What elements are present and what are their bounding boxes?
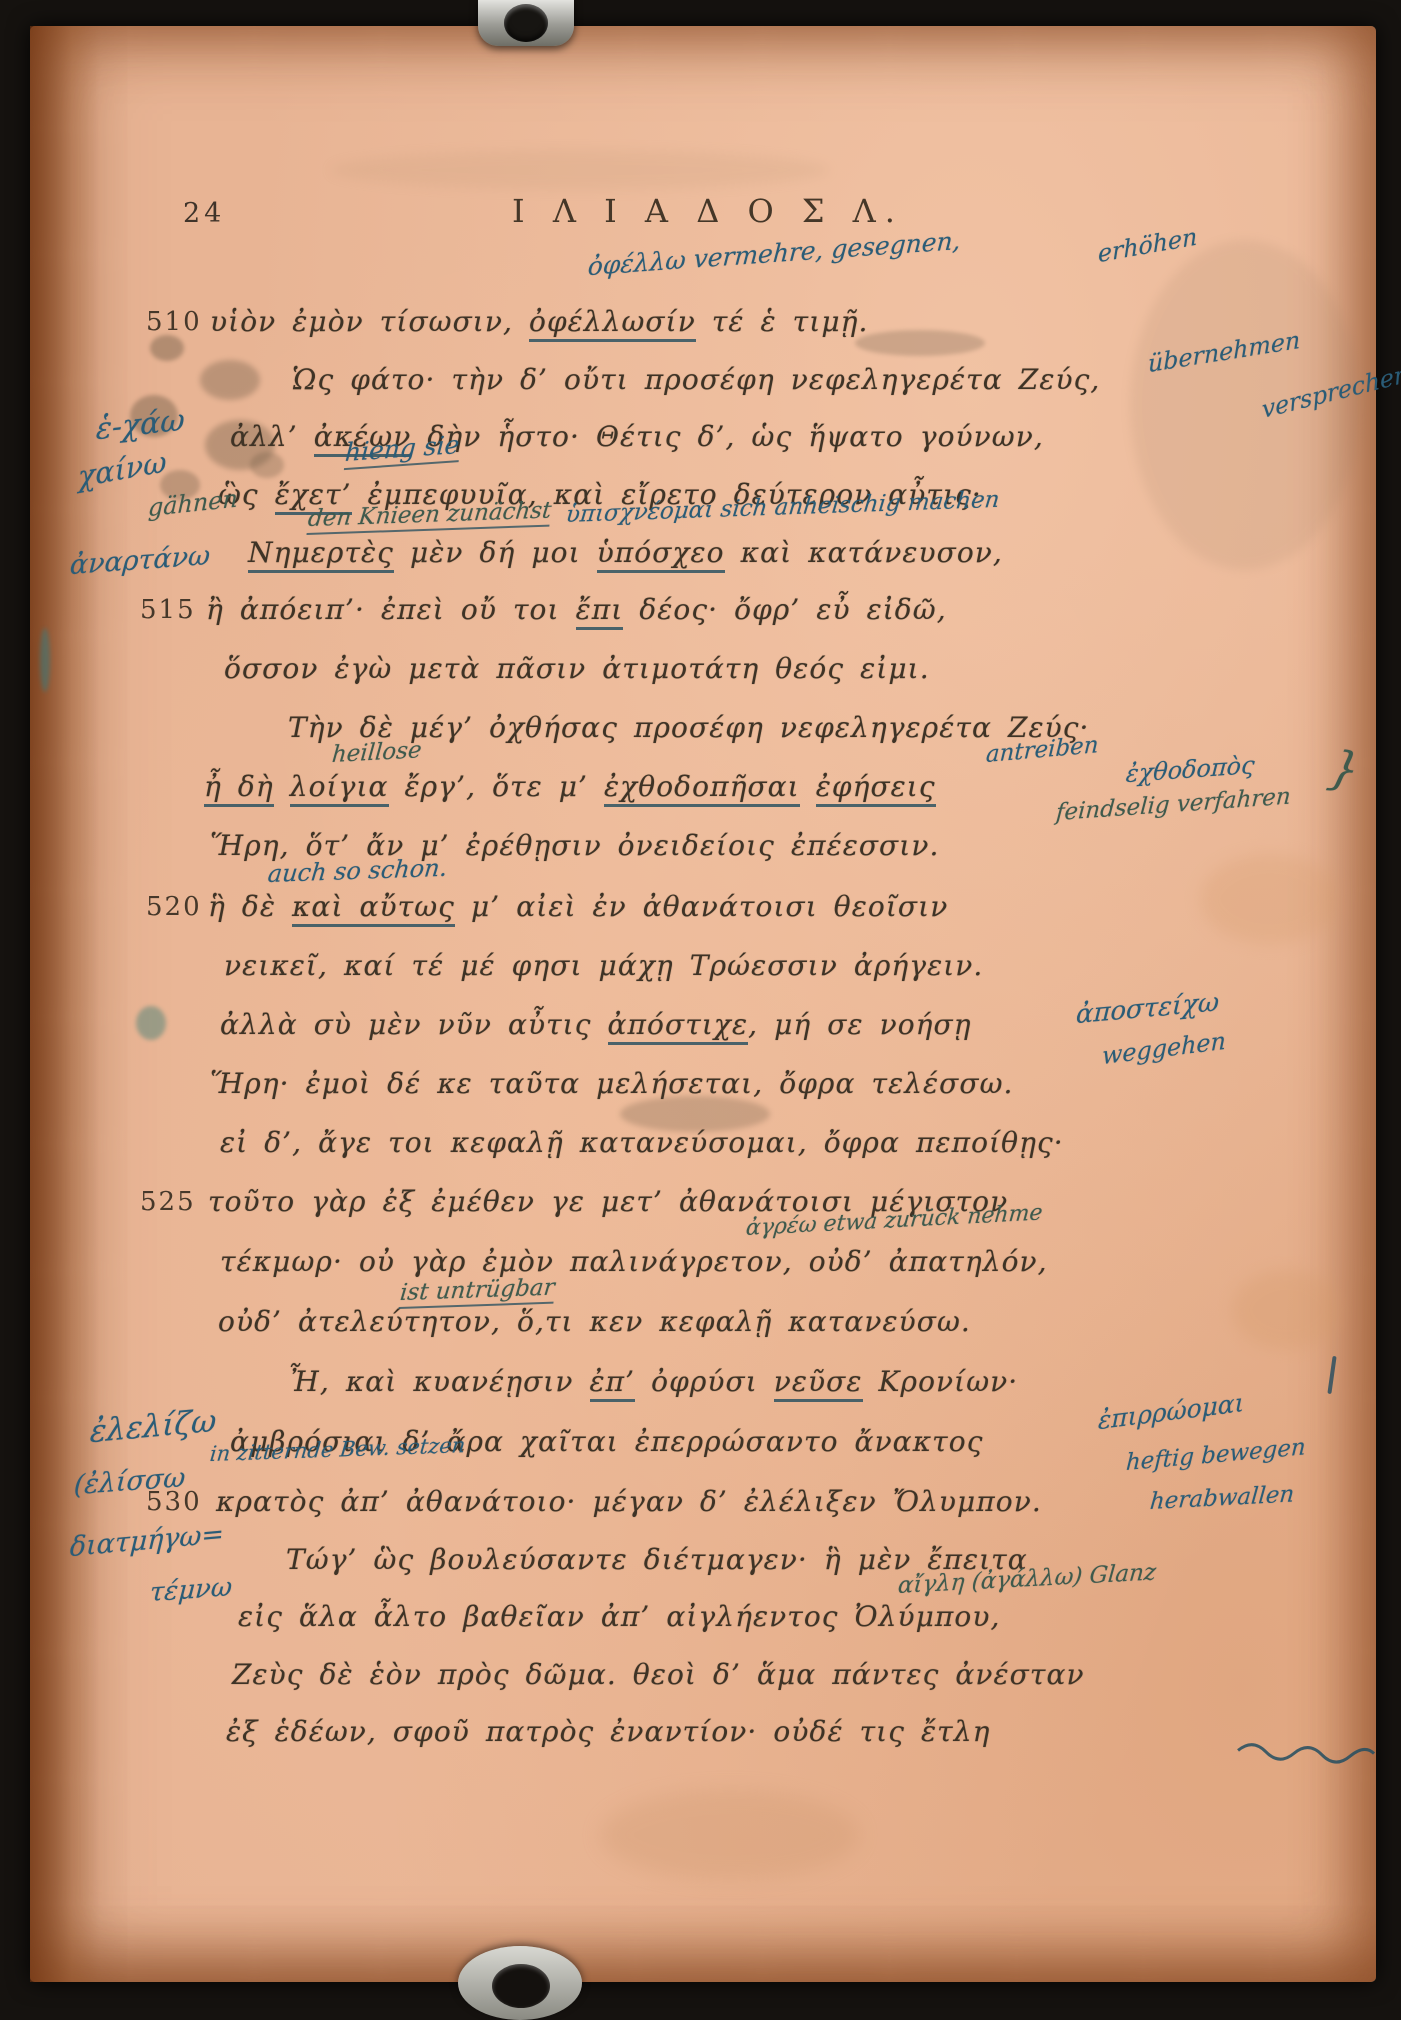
greek-word: ἣ δὲ	[208, 890, 292, 923]
verse-number: 520	[146, 892, 202, 922]
greek-word: τέκμωρ· οὐ γὰρ ἐμὸν παλινάγρετον, οὐδ’ ἀ…	[220, 1245, 1048, 1278]
greek-text: νεικεῖ, καί τέ μέ φησι μάχῃ Τρώεσσιν ἀρή…	[224, 949, 983, 982]
greek-word: Ἥρη, ὅτ’ ἄν μ’ ἐρέθῃσιν ὀνειδείοις ἐπέεσ…	[210, 829, 939, 862]
greek-text: εἰς ἅλα ἆλτο βαθεῖαν ἀπ’ αἰγλήεντος Ὀλύμ…	[238, 1600, 1000, 1633]
greek-word: τέ ἑ τιμῇ.	[696, 305, 869, 338]
greek-text: υἱὸν ἐμὸν τίσωσιν, ὀφέλλωσίν τέ ἑ τιμῇ.	[210, 305, 869, 338]
greek-verse-line: εἰ δ’, ἄγε τοι κεφαλῇ κατανεύσομαι, ὄφρα…	[0, 1126, 1401, 1166]
greek-word: ἀλλ’	[230, 420, 314, 453]
ink-underlined-word: λοίγια	[290, 770, 389, 807]
greek-text: Ὡς φάτο· τὴν δ’ οὔτι προσέφη νεφεληγερέτ…	[292, 363, 1100, 396]
greek-word: , μή σε νοήσῃ	[748, 1008, 972, 1041]
greek-word: Ἦ, καὶ κυανέῃσιν	[288, 1365, 590, 1398]
greek-word: Ὡς φάτο· τὴν δ’ οὔτι προσέφη νεφεληγερέτ…	[292, 363, 1100, 396]
ink-underlined-word: καὶ αὔτως	[292, 890, 455, 927]
ink-underlined-word: ἔπι	[576, 593, 624, 630]
scanner-clip-bottom-hole	[492, 1964, 550, 2008]
greek-word: μὲν δή μοι	[394, 536, 597, 569]
greek-verse-line: Τὴν δὲ μέγ’ ὀχθήσας προσέφη νεφεληγερέτα…	[0, 711, 1401, 751]
greek-word	[274, 770, 290, 803]
greek-word: νεικεῖ, καί τέ μέ φησι μάχῃ Τρώεσσιν ἀρή…	[224, 949, 983, 982]
greek-word: εἰ δ’, ἄγε τοι κεφαλῇ κατανεύσομαι, ὄφρα…	[220, 1126, 1064, 1159]
greek-text: Ἥρη· ἐμοὶ δέ κε ταῦτα μελήσεται, ὄφρα τε…	[210, 1067, 1014, 1100]
margin-annotation: τέμνω	[149, 1572, 233, 1608]
greek-verse-line: εἰς ἅλα ἆλτο βαθεῖαν ἀπ’ αἰγλήεντος Ὀλύμ…	[0, 1600, 1401, 1640]
greek-verse-line: ὅσσον ἐγὼ μετὰ πᾶσιν ἀτιμοτάτη θεός εἰμι…	[0, 652, 1401, 692]
greek-verse-line: οὐδ’ ἀτελεύτητον, ὅ,τι κεν κεφαλῇ κατανε…	[0, 1305, 1401, 1345]
greek-verse-line: Ἥρη, ὅτ’ ἄν μ’ ἐρέθῃσιν ὀνειδείοις ἐπέεσ…	[0, 829, 1401, 869]
greek-text: εἰ δ’, ἄγε τοι κεφαλῇ κατανεύσομαι, ὄφρα…	[220, 1126, 1064, 1159]
greek-text: ἣ δὲ καὶ αὔτως μ’ αἰεὶ ἐν ἀθανάτοισι θεο…	[208, 890, 948, 923]
greek-word: ὀφρύσι	[635, 1365, 774, 1398]
scanned-book-page: 24 Ι Λ Ι Α Δ Ο Σ Λ. 510υἱὸν ἐμὸν τίσωσιν…	[0, 0, 1401, 2020]
greek-verse-line: ἐξ ἑδέων, σφοῦ πατρὸς ἐναντίον· οὐδέ τις…	[0, 1715, 1401, 1755]
greek-word: ἐξ ἑδέων, σφοῦ πατρὸς ἐναντίον· οὐδέ τις	[226, 1715, 921, 1748]
greek-word: κρατὸς ἀπ’ ἀθανάτοιο· μέγαν δ’ ἐλέλιξεν …	[216, 1485, 1042, 1518]
greek-word: Ζεὺς δὲ ἑὸν πρὸς δῶμα. θεοὶ δ’ ἅμα πάντε…	[232, 1658, 1085, 1691]
margin-annotation: heillose	[331, 737, 423, 768]
greek-text: ἦ δὴ λοίγια ἔργ’, ὅτε μ’ ἐχθοδοπῆσαι ἐφή…	[204, 770, 936, 803]
ink-underlined-word: ἐφήσεις	[816, 770, 936, 807]
greek-verse-line: νεικεῖ, καί τέ μέ φησι μάχῃ Τρώεσσιν ἀρή…	[0, 949, 1401, 989]
greek-text: ἐξ ἑδέων, σφοῦ πατρὸς ἐναντίον· οὐδέ τις…	[226, 1715, 990, 1748]
greek-text: ὅσσον ἐγὼ μετὰ πᾶσιν ἀτιμοτάτη θεός εἰμι…	[224, 652, 930, 685]
greek-verse-line: 520ἣ δὲ καὶ αὔτως μ’ αἰεὶ ἐν ἀθανάτοισι …	[0, 890, 1401, 930]
paper-stain	[600, 1790, 860, 1880]
margin-annotation: ist untrügbar	[398, 1275, 556, 1310]
paper-stain	[330, 150, 830, 190]
greek-text: Ζεὺς δὲ ἑὸν πρὸς δῶμα. θεοὶ δ’ ἅμα πάντε…	[232, 1658, 1085, 1691]
ink-underlined-word: ὀφέλλωσίν	[529, 305, 696, 342]
greek-text: ἀλλὰ σὺ μὲν νῦν αὖτις ἀπόστιχε, μή σε νο…	[220, 1008, 972, 1041]
greek-text: Ἥρη, ὅτ’ ἄν μ’ ἐρέθῃσιν ὀνειδείοις ἐπέεσ…	[210, 829, 939, 862]
greek-word: ὅσσον ἐγὼ μετὰ πᾶσιν ἀτιμοτάτη θεός εἰμι…	[224, 652, 930, 685]
page-number: 24	[183, 198, 225, 229]
greek-word: εἰς ἅλα ἆλτο βαθεῖαν ἀπ’ αἰγλήεντος Ὀλύμ…	[238, 1600, 1000, 1633]
greek-word	[800, 770, 816, 803]
greek-text: κρατὸς ἀπ’ ἀθανάτοιο· μέγαν δ’ ἐλέλιξεν …	[216, 1485, 1042, 1518]
verse-number: 510	[146, 307, 202, 337]
greek-word: Ἥρη· ἐμοὶ δέ κε ταῦτα μελήσεται, ὄφρα τε…	[210, 1067, 1014, 1100]
greek-word: μ’ αἰεὶ ἐν ἀθανάτοισι θεοῖσιν	[455, 890, 948, 923]
greek-verse-line: 510υἱὸν ἐμὸν τίσωσιν, ὀφέλλωσίν τέ ἑ τιμ…	[0, 305, 1401, 345]
greek-verse-line: 515ἢ ἀπόειπ’· ἐπεὶ οὔ τοι ἔπι δέος· ὄφρ’…	[0, 593, 1401, 633]
greek-word: ἔτλη	[921, 1715, 990, 1748]
greek-verse-line: Ζεὺς δὲ ἑὸν πρὸς δῶμα. θεοὶ δ’ ἅμα πάντε…	[0, 1658, 1401, 1698]
greek-word: καὶ κατάνευσον,	[725, 536, 1003, 569]
greek-word: υἱὸν ἐμὸν τίσωσιν,	[210, 305, 529, 338]
ink-underlined-word: νεῦσε	[774, 1365, 863, 1402]
ink-underlined-word: ὑπόσχεο	[597, 536, 725, 573]
greek-word: ἔργ’, ὅτε μ’	[389, 770, 605, 803]
verse-number: 515	[140, 595, 196, 625]
greek-verse-line: τέκμωρ· οὐ γὰρ ἐμὸν παλινάγρετον, οὐδ’ ἀ…	[0, 1245, 1401, 1285]
greek-text: Ἦ, καὶ κυανέῃσιν ἐπ’ ὀφρύσι νεῦσε Κρονίω…	[288, 1365, 1018, 1398]
ink-underlined-word: Νημερτὲς	[248, 536, 394, 573]
greek-word: ἢ ἀπόειπ’· ἐπεὶ οὔ τοι	[206, 593, 576, 626]
greek-verse-line: ἀλλ’ ἀκέων δὴν ἧστο· Θέτις δ’, ὡς ἥψατο …	[0, 420, 1401, 460]
running-header-title: Ι Λ Ι Α Δ Ο Σ Λ.	[512, 192, 904, 230]
greek-word: δέος· ὄφρ’ εὖ εἰδῶ,	[623, 593, 946, 626]
ink-underlined-word: ἐχθοδοπῆσαι	[604, 770, 800, 807]
greek-verse-line: 525τοῦτο γὰρ ἐξ ἐμέθεν γε μετ’ ἀθανάτοισ…	[0, 1185, 1401, 1225]
ink-underlined-word: ἐπ’	[590, 1365, 636, 1402]
greek-word: δὴν ἧστο· Θέτις δ’, ὡς ἥψατο γούνων,	[411, 420, 1043, 453]
greek-text: Νημερτὲς μὲν δή μοι ὑπόσχεο καὶ κατάνευσ…	[248, 536, 1003, 569]
greek-verse-line: Ἥρη· ἐμοὶ δέ κε ταῦτα μελήσεται, ὄφρα τε…	[0, 1067, 1401, 1107]
greek-word: οὐδ’ ἀτελεύτητον, ὅ,τι κεν κεφαλῇ κατανε…	[218, 1305, 971, 1338]
greek-word: ἀλλὰ σὺ μὲν νῦν αὖτις	[220, 1008, 608, 1041]
greek-text: οὐδ’ ἀτελεύτητον, ὅ,τι κεν κεφαλῇ κατανε…	[218, 1305, 971, 1338]
greek-text: τέκμωρ· οὐ γὰρ ἐμὸν παλινάγρετον, οὐδ’ ἀ…	[220, 1245, 1048, 1278]
verse-number: 525	[140, 1187, 196, 1217]
greek-text: ἢ ἀπόειπ’· ἐπεὶ οὔ τοι ἔπι δέος· ὄφρ’ εὖ…	[206, 593, 947, 626]
ink-underlined-word: ἀπόστιχε	[608, 1008, 749, 1045]
ink-underlined-word: ἦ δὴ	[204, 770, 274, 807]
greek-word: Κρονίων·	[863, 1365, 1019, 1398]
scanner-clip-top-hole	[504, 4, 548, 42]
